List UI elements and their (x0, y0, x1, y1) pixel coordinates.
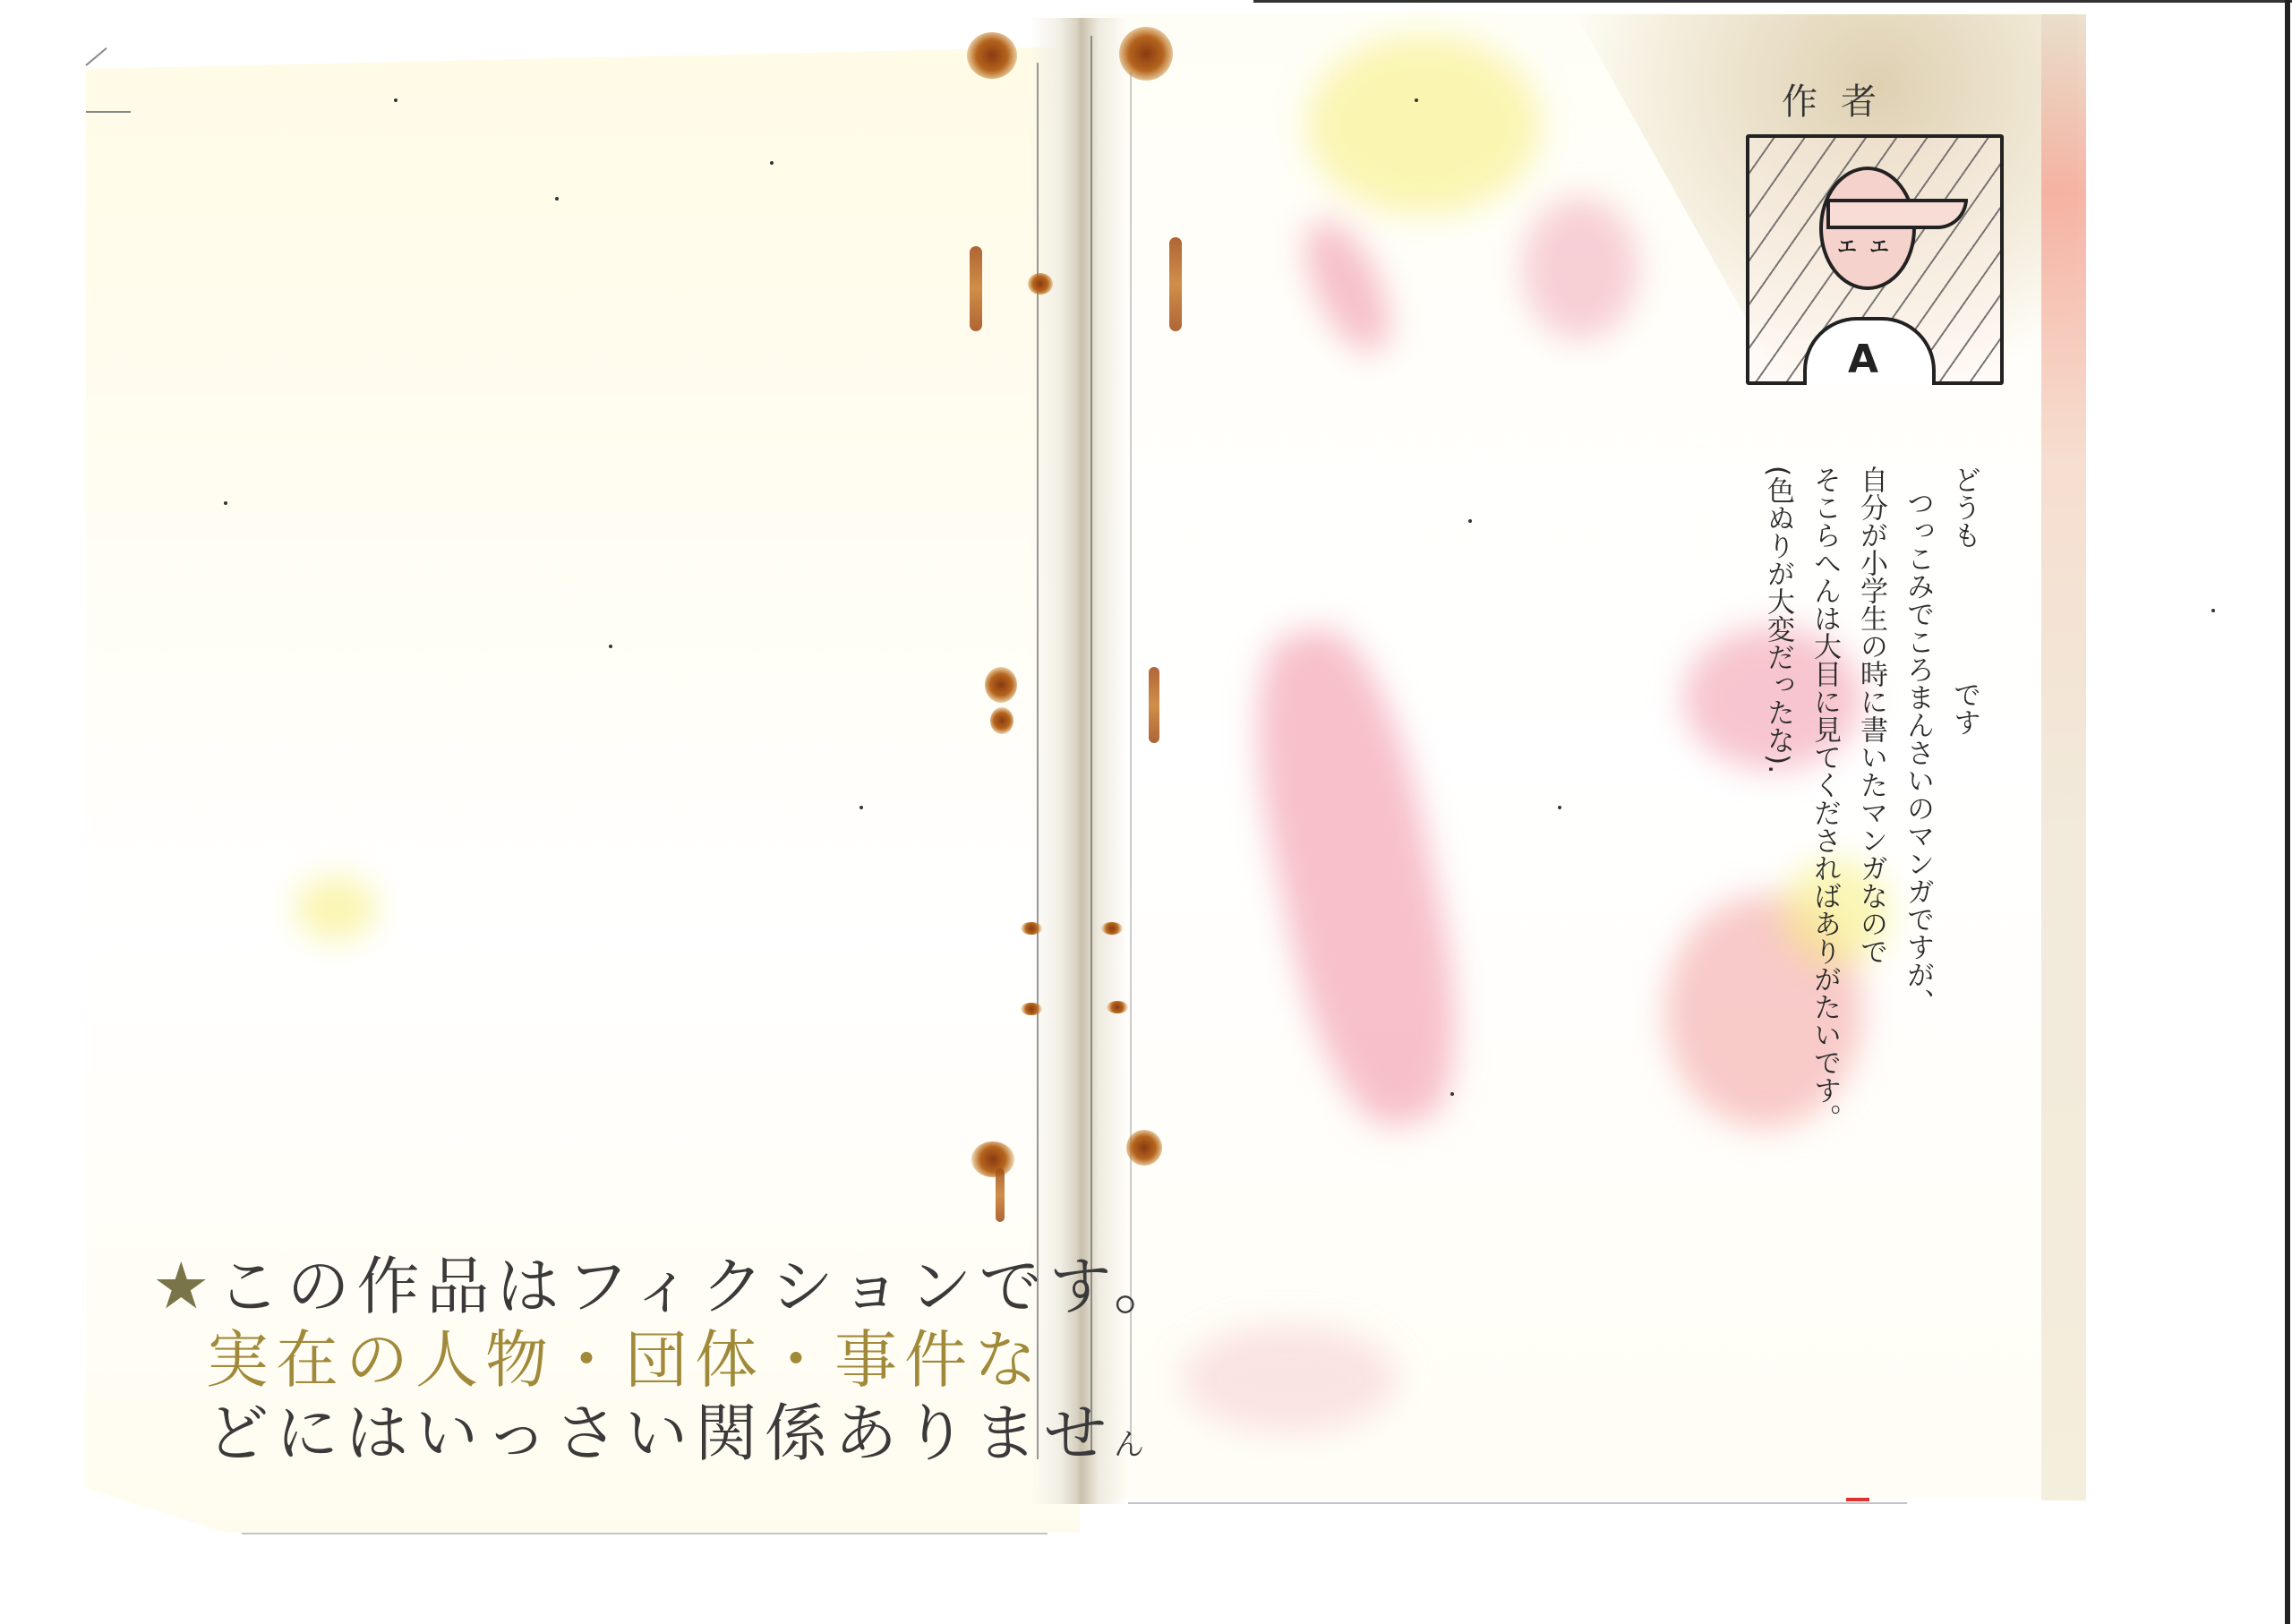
disclaimer-line-3: どにはいっさい関係ありません (152, 1397, 1065, 1482)
ink-speck (224, 501, 227, 505)
staple-rust-stain (1028, 273, 1053, 295)
ink-speck (2211, 609, 2215, 612)
staple-rust-stain (1119, 27, 1173, 81)
note-line: そこらへんは大目に見てくださればありがたいです。 (1801, 466, 1848, 1316)
scan-right-border (2285, 0, 2290, 1624)
ink-speck (770, 161, 774, 165)
staple-rust-stain (990, 707, 1013, 734)
staple-rust-stain (971, 1141, 1014, 1177)
star-icon: ★ (152, 1248, 218, 1323)
ink-speck (859, 806, 863, 809)
ink-speck (555, 197, 559, 201)
disclaimer-text: どにはいっさい関係ありませ (206, 1397, 1114, 1470)
red-pen-mark (1846, 1498, 1869, 1501)
staple-rust-mark (1169, 237, 1182, 331)
ink-speck (1468, 519, 1472, 523)
disclaimer-text: ん (1114, 1427, 1144, 1463)
author-note: どうも です つっこみでころまんさいのマンガですが、 自分が小学生の時に書いたマ… (1755, 466, 1988, 1316)
note-line-greeting: どうも (1941, 466, 1988, 1316)
staple-rust-mark (1149, 667, 1159, 743)
note-line: つっこみでころまんさいのマンガですが、 (1894, 466, 1941, 1316)
disclaimer-text: フィクション (567, 1250, 979, 1323)
page-bottom-edge (1128, 1502, 1907, 1504)
note-greeting-trail: です (1941, 680, 1988, 736)
disclaimer-text: 実在の人物・団体・事件な (206, 1323, 1044, 1397)
page-bottom-edge (242, 1533, 1048, 1534)
scan-top-border (1253, 0, 2292, 3)
staple-rust-stain (1021, 922, 1042, 935)
cap-brim (1826, 199, 1968, 229)
disclaimer-text: この作品は (218, 1250, 567, 1323)
pencil-mark (86, 111, 131, 113)
yellow-crayon-wash (1307, 36, 1540, 215)
portrait-eyes: エエ (1837, 232, 1902, 260)
staple-rust-stain (985, 667, 1017, 703)
pencil-mark (85, 47, 107, 66)
ink-speck (1450, 1092, 1454, 1096)
spine-crease-line (1130, 72, 1132, 1450)
note-line: 自分が小学生の時に書いたマンガなので (1848, 466, 1894, 1316)
staple-rust-stain (967, 32, 1017, 79)
disclaimer-text: です。 (979, 1250, 1184, 1323)
staple-rust-stain (1021, 1003, 1042, 1015)
pink-crayon-mark (1522, 197, 1638, 340)
staple-rust-mark (996, 1168, 1005, 1222)
paper-edge-strip (2041, 14, 2086, 1500)
disclaimer-line-1: ★この作品はフィクションです。 (152, 1249, 1065, 1323)
note-greeting-text: どうも (1948, 466, 1980, 549)
shirt-letter: A (1848, 337, 1878, 382)
author-heading: 作者 (1782, 73, 1900, 124)
ink-speck (1415, 98, 1418, 102)
author-portrait-frame: エエ A (1746, 134, 2004, 385)
ink-speck (609, 645, 612, 648)
note-line-aside: (色ぬりが大変だったな). (1755, 466, 1801, 1316)
ink-speck (1558, 806, 1561, 809)
yellow-crayon-wash (295, 877, 376, 940)
staple-rust-stain (1107, 1001, 1128, 1013)
staple-rust-stain (1101, 922, 1123, 935)
staple-rust-mark (970, 246, 982, 331)
faint-pink-mark (1182, 1325, 1397, 1432)
fiction-disclaimer: ★この作品はフィクションです。 実在の人物・団体・事件な どにはいっさい関係あり… (152, 1249, 1065, 1482)
scanned-booklet-spread: 作者 エエ A どうも です つっこみでころまんさいのマンガですが、 自分が小学… (0, 0, 2292, 1624)
disclaimer-line-2: 実在の人物・団体・事件な (152, 1323, 1065, 1397)
spine-crease-line (1090, 36, 1092, 1450)
staple-rust-stain (1126, 1130, 1162, 1166)
ink-speck (394, 98, 398, 102)
